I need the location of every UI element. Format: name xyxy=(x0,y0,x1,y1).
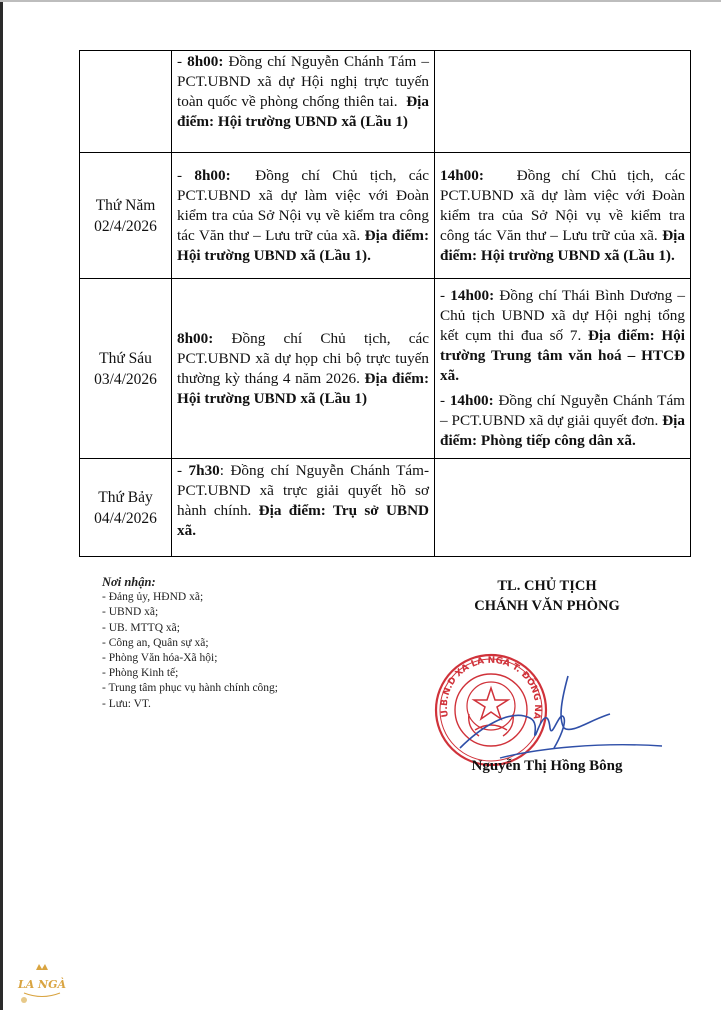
la-nga-logo-icon: LA NGÀ xyxy=(14,960,70,1004)
window-top-edge xyxy=(0,0,721,2)
entry-prefix: - xyxy=(177,53,187,70)
day-name: Thứ Năm xyxy=(85,195,166,216)
recipient-item: - Lưu: VT. xyxy=(102,697,278,712)
entry-prefix: - xyxy=(177,462,189,479)
day-date: 03/4/2026 xyxy=(85,369,166,390)
table-row: Thứ Bảy04/4/2026- 7h30: Đồng chí Nguyễn … xyxy=(80,459,691,557)
morning-cell: - 8h00: Đồng chí Nguyễn Chánh Tám – PCT.… xyxy=(172,51,435,153)
entry-prefix: - xyxy=(440,392,450,409)
day-cell: Thứ Sáu03/4/2026 xyxy=(80,279,172,459)
afternoon-cell xyxy=(435,459,691,557)
morning-cell: - 8h00: Đồng chí Chủ tịch, các PCT.UBND … xyxy=(172,153,435,279)
recipient-item: - UBND xã; xyxy=(102,605,278,620)
day-cell: Thứ Bảy04/4/2026 xyxy=(80,459,172,557)
entry-prefix: - xyxy=(177,167,194,184)
entry-time: 8h00: xyxy=(177,330,213,347)
entry-prefix: - xyxy=(440,287,450,304)
day-cell: Thứ Năm02/4/2026 xyxy=(80,153,172,279)
entry-time: 14h00: xyxy=(450,392,494,409)
table-row: Thứ Năm02/4/2026- 8h00: Đồng chí Chủ tịc… xyxy=(80,153,691,279)
day-cell xyxy=(80,51,172,153)
table-row: Thứ Sáu03/4/2026 8h00: Đồng chí Chủ tịch… xyxy=(80,279,691,459)
day-date: 02/4/2026 xyxy=(85,216,166,237)
schedule-table: - 8h00: Đồng chí Nguyễn Chánh Tám – PCT.… xyxy=(79,50,691,557)
schedule-entry: - 8h00: Đồng chí Nguyễn Chánh Tám – PCT.… xyxy=(177,52,429,132)
schedule-entry: - 8h00: Đồng chí Chủ tịch, các PCT.UBND … xyxy=(177,166,429,266)
afternoon-cell: - 14h00: Đồng chí Thái Bình Dương – Chủ … xyxy=(435,279,691,459)
recipients-block: Nơi nhận: - Đảng ủy, HĐND xã;- UBND xã;-… xyxy=(102,575,278,712)
window-left-edge xyxy=(0,0,3,1010)
recipient-item: - Phòng Văn hóa-Xã hội; xyxy=(102,651,278,666)
signer-name: Nguyễn Thị Hồng Bông xyxy=(420,756,674,776)
entry-time: 14h00: xyxy=(450,287,494,304)
signature-block: TL. CHỦ TỊCH CHÁNH VĂN PHÒNG xyxy=(420,576,674,616)
entry-time: 7h30 xyxy=(189,462,220,479)
recipients-list: - Đảng ủy, HĐND xã;- UBND xã;- UB. MTTQ … xyxy=(102,590,278,712)
afternoon-cell xyxy=(435,51,691,153)
recipient-item: - Đảng ủy, HĐND xã; xyxy=(102,590,278,605)
signature-title-line2: CHÁNH VĂN PHÒNG xyxy=(420,596,674,616)
afternoon-cell: 14h00: Đồng chí Chủ tịch, các PCT.UBND x… xyxy=(435,153,691,279)
schedule-entry: - 14h00: Đồng chí Thái Bình Dương – Chủ … xyxy=(440,286,685,386)
signature-scribble-icon xyxy=(440,668,670,768)
schedule-entry: 8h00: Đồng chí Chủ tịch, các PCT.UBND xã… xyxy=(177,329,429,409)
day-date: 04/4/2026 xyxy=(85,508,166,529)
morning-cell: 8h00: Đồng chí Chủ tịch, các PCT.UBND xã… xyxy=(172,279,435,459)
entry-time: 14h00: xyxy=(440,167,484,184)
schedule-entry: 14h00: Đồng chí Chủ tịch, các PCT.UBND x… xyxy=(440,166,685,266)
svg-text:LA NGÀ: LA NGÀ xyxy=(17,977,67,991)
recipient-item: - Phòng Kinh tế; xyxy=(102,666,278,681)
morning-cell: - 7h30: Đồng chí Nguyễn Chánh Tám-PCT.UB… xyxy=(172,459,435,557)
signature-title-line1: TL. CHỦ TỊCH xyxy=(420,576,674,596)
entry-time: 8h00: xyxy=(187,53,223,70)
entry-time: 8h00: xyxy=(194,167,230,184)
recipient-item: - Trung tâm phục vụ hành chính công; xyxy=(102,681,278,696)
recipients-title: Nơi nhận: xyxy=(102,575,278,590)
recipient-item: - Công an, Quân sự xã; xyxy=(102,636,278,651)
day-name: Thứ Sáu xyxy=(85,348,166,369)
schedule-entry: - 14h00: Đồng chí Nguyễn Chánh Tám – PCT… xyxy=(440,391,685,451)
schedule-entry: - 7h30: Đồng chí Nguyễn Chánh Tám-PCT.UB… xyxy=(177,461,429,541)
day-name: Thứ Bảy xyxy=(85,487,166,508)
recipient-item: - UB. MTTQ xã; xyxy=(102,621,278,636)
table-row: - 8h00: Đồng chí Nguyễn Chánh Tám – PCT.… xyxy=(80,51,691,153)
